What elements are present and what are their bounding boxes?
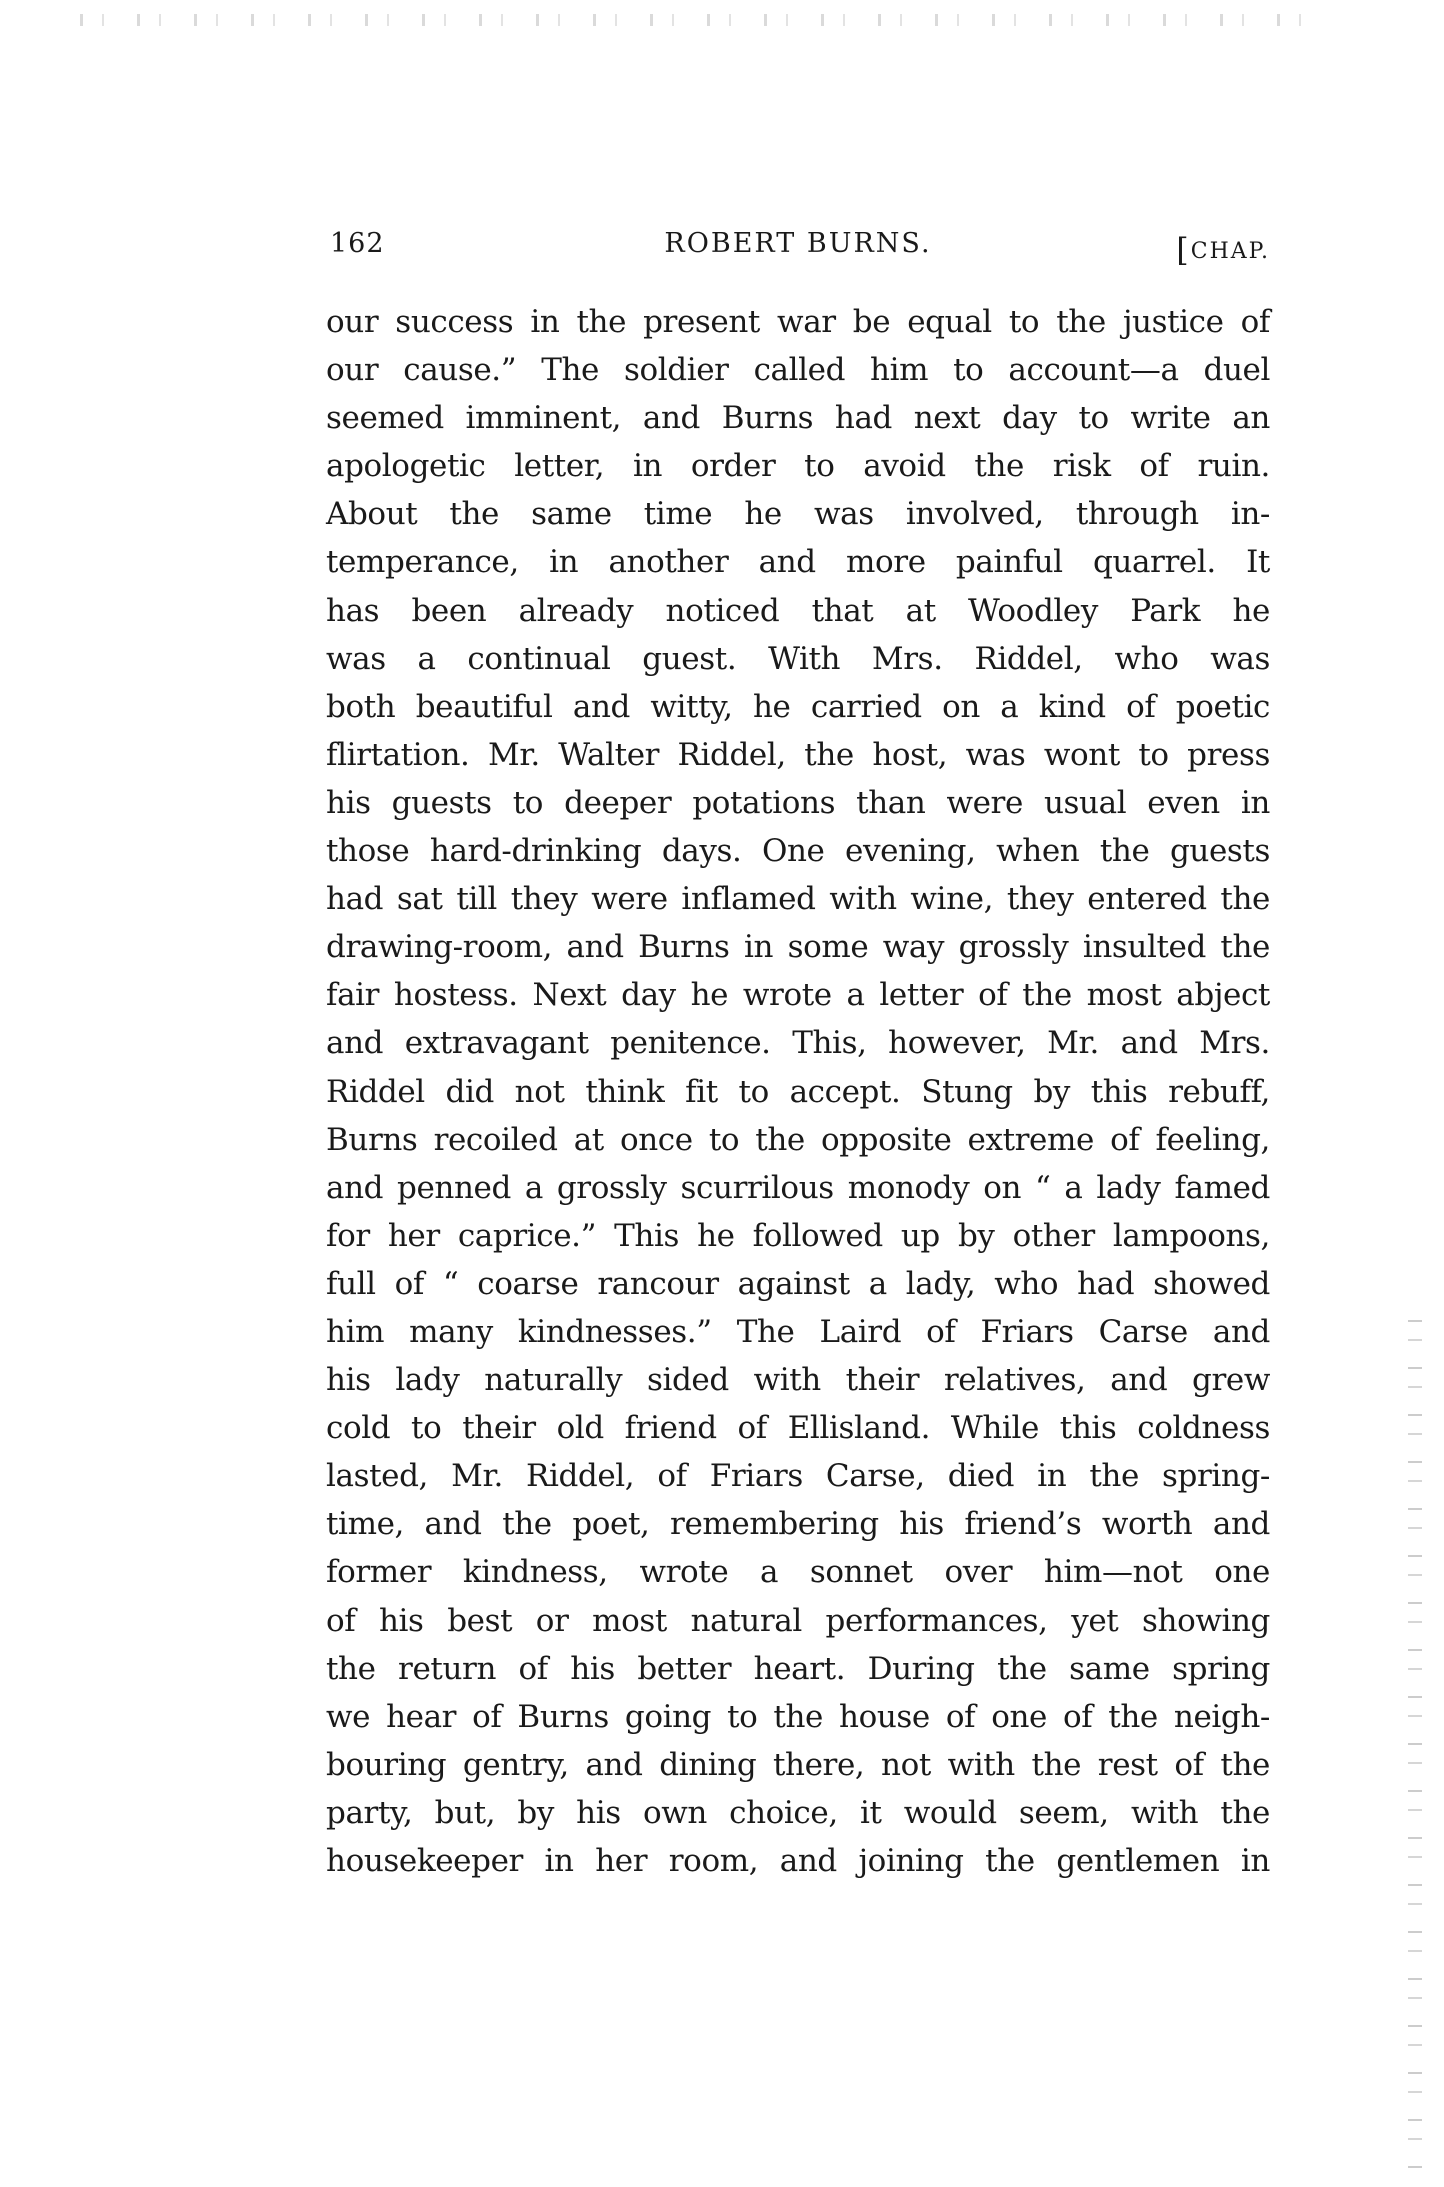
body-text: our success in the present war be equal … (326, 298, 1270, 1885)
text-line: has been already noticed that at Woodley… (326, 587, 1270, 635)
text-line: him many kindnesses.” The Laird of Friar… (326, 1308, 1270, 1356)
scan-artifact-top (80, 14, 1310, 26)
text-line: temperance, in another and more painful … (326, 538, 1270, 586)
text-line: Riddel did not think fit to accept. Stun… (326, 1068, 1270, 1116)
text-line: and extravagant penitence. This, however… (326, 1019, 1270, 1067)
text-line: of his best or most natural performances… (326, 1597, 1270, 1645)
chapter-label: CHAP. (1191, 239, 1270, 264)
scan-artifact-right (1408, 1320, 1422, 2180)
text-line: had sat till they were inflamed with win… (326, 875, 1270, 923)
text-line: full of “ coarse rancour against a lady,… (326, 1260, 1270, 1308)
text-line: lasted, Mr. Riddel, of Friars Carse, die… (326, 1452, 1270, 1500)
text-line: we hear of Burns going to the house of o… (326, 1693, 1270, 1741)
text-line: for her caprice.” This he followed up by… (326, 1212, 1270, 1260)
text-line: housekeeper in her room, and joining the… (326, 1837, 1270, 1885)
text-line: time, and the poet, remembering his frie… (326, 1500, 1270, 1548)
text-line: flirtation. Mr. Walter Riddel, the host,… (326, 731, 1270, 779)
text-line: seemed imminent, and Burns had next day … (326, 394, 1270, 442)
text-line: fair hostess. Next day he wrote a letter… (326, 971, 1270, 1019)
running-title: ROBERT BURNS. (326, 228, 1270, 259)
text-line: was a continual guest. With Mrs. Riddel,… (326, 635, 1270, 683)
text-line: the return of his better heart. During t… (326, 1645, 1270, 1693)
text-line: his lady naturally sided with their rela… (326, 1356, 1270, 1404)
text-line: our success in the present war be equal … (326, 298, 1270, 346)
chapter-marker: [CHAP. (1176, 228, 1270, 266)
text-line: and penned a grossly scurrilous monody o… (326, 1164, 1270, 1212)
text-line: bouring gentry, and dining there, not wi… (326, 1741, 1270, 1789)
text-line: those hard-drinking days. One evening, w… (326, 827, 1270, 875)
text-line: both beautiful and witty, he carried on … (326, 683, 1270, 731)
text-line: cold to their old friend of Ellisland. W… (326, 1404, 1270, 1452)
chapter-bracket: [ (1176, 231, 1190, 269)
text-line: About the same time he was involved, thr… (326, 490, 1270, 538)
text-line: his guests to deeper potations than were… (326, 779, 1270, 827)
page-header: 162 ROBERT BURNS. [CHAP. (326, 228, 1270, 268)
text-line: our cause.” The soldier called him to ac… (326, 346, 1270, 394)
text-line: Burns recoiled at once to the opposite e… (326, 1116, 1270, 1164)
text-line: party, but, by his own choice, it would … (326, 1789, 1270, 1837)
text-line: apologetic letter, in order to avoid the… (326, 442, 1270, 490)
text-line: drawing-room, and Burns in some way gros… (326, 923, 1270, 971)
text-line: former kindness, wrote a sonnet over him… (326, 1548, 1270, 1596)
